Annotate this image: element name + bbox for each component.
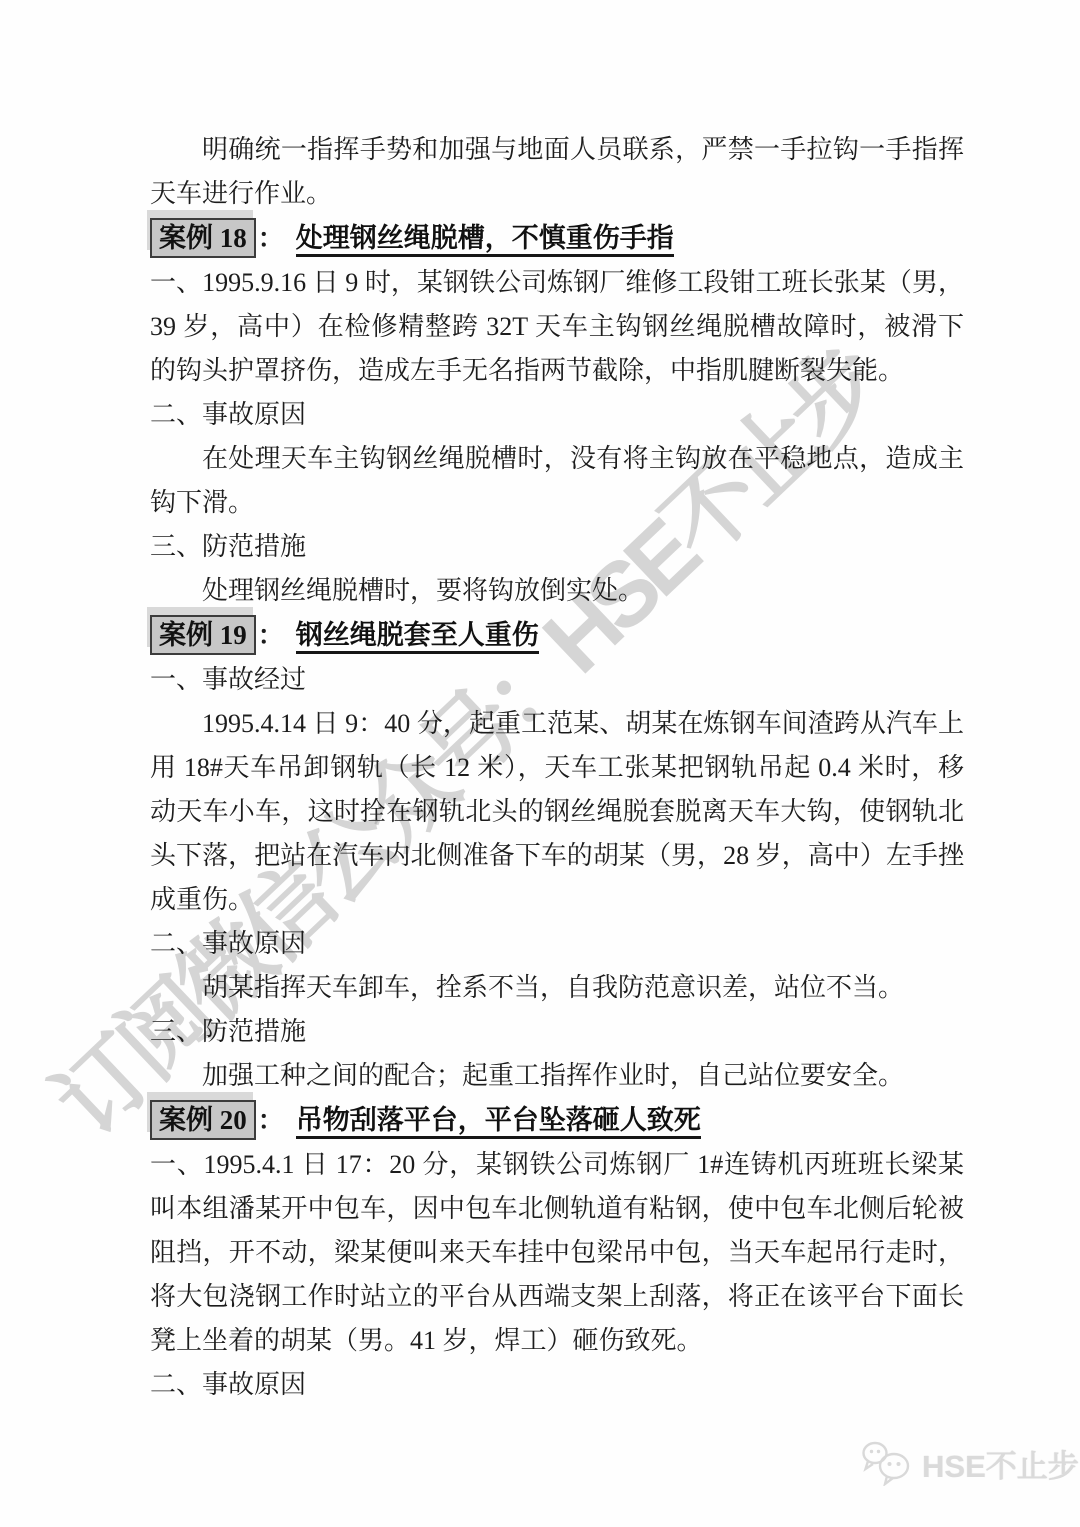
- case19-heading: 案例 19：钢丝绳脱套至人重伤: [150, 613, 964, 658]
- case18-title: 处理钢丝绳脱槽，不慎重伤手指: [296, 223, 674, 257]
- case20-body-paragraph: 一、1995.4.1 日 17：20 分，某钢铁公司炼钢厂 1#连铸机丙班班长梁…: [150, 1143, 964, 1363]
- case18-cause-paragraph: 在处理天车主钩钢丝绳脱槽时，没有将主钩放在平稳地点，造成主钩下滑。: [150, 437, 964, 525]
- document-content: 明确统一指挥手势和加强与地面人员联系，严禁一手拉钩一手指挥天车进行作业。 案例 …: [0, 0, 1080, 1407]
- case18-heading: 案例 18：处理钢丝绳脱槽，不慎重伤手指: [150, 216, 964, 261]
- case18-label: 案例 18: [150, 218, 256, 258]
- case19-title: 钢丝绳脱套至人重伤: [296, 620, 539, 654]
- case20-label: 案例 20: [150, 1100, 256, 1140]
- footer-logo-text: HSE不止步: [922, 1441, 1079, 1486]
- case19-label: 案例 19: [150, 615, 256, 655]
- case20-cause-heading: 二、事故原因: [150, 1363, 964, 1407]
- case19-cause-heading: 二、事故原因: [150, 922, 964, 966]
- case19-course-heading: 一、事故经过: [150, 658, 964, 702]
- case19-measure-paragraph: 加强工种之间的配合；起重工指挥作业时，自己站位要安全。: [150, 1054, 964, 1098]
- case20-title: 吊物刮落平台，平台坠落砸人致死: [296, 1105, 701, 1139]
- case19-measure-heading: 三、防范措施: [150, 1010, 964, 1054]
- document-page: 订阅微信公众号：HSE不止步 明确统一指挥手势和加强与地面人员联系，严禁一手拉钩…: [0, 0, 1080, 1527]
- case18-body-paragraph: 一、1995.9.16 日 9 时，某钢铁公司炼钢厂维修工段钳工班长张某（男，3…: [150, 261, 964, 393]
- case19-separator: ：: [258, 621, 284, 650]
- case18-measure-heading: 三、防范措施: [150, 525, 964, 569]
- case18-measure-paragraph: 处理钢丝绳脱槽时，要将钩放倒实处。: [150, 569, 964, 613]
- wechat-icon: [860, 1440, 914, 1486]
- case18-separator: ：: [258, 224, 284, 253]
- case20-heading: 案例 20：吊物刮落平台，平台坠落砸人致死: [150, 1098, 964, 1143]
- footer-logo: HSE不止步: [860, 1440, 1079, 1486]
- case18-cause-heading: 二、事故原因: [150, 393, 964, 437]
- case19-course-paragraph: 1995.4.14 日 9：40 分，起重工范某、胡某在炼钢车间渣跨从汽车上用 …: [150, 702, 964, 922]
- case20-separator: ：: [258, 1106, 284, 1135]
- intro-paragraph: 明确统一指挥手势和加强与地面人员联系，严禁一手拉钩一手指挥天车进行作业。: [150, 128, 964, 216]
- case19-cause-paragraph: 胡某指挥天车卸车，拴系不当，自我防范意识差，站位不当。: [150, 966, 964, 1010]
